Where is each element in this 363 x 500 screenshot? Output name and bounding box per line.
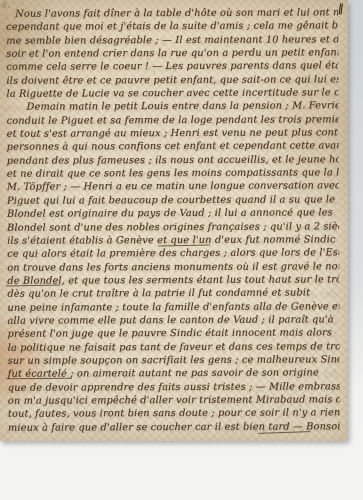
handwritten-text-block: Nous l'avons fait dîner à la table d'hôt…: [6, 6, 340, 435]
letter-line: M. Töpffer ; — Henri a eu ce matin une l…: [7, 180, 339, 195]
letter-line: tout, fautes, vous iront bien sans doute…: [8, 407, 340, 422]
letter-line: comme cela serre le coeur ! — Les pauvre…: [6, 60, 338, 75]
letter-paper: 6. ‖ Nous l'avons fait dîner à la table …: [0, 0, 348, 441]
letter-line: la politique ne faisait pas tant de fave…: [8, 340, 340, 355]
letter-line: présent l'on juge que le pauvre Sindic é…: [7, 327, 339, 342]
letter-line: cependant que moi et j'étais de la suite…: [6, 20, 338, 35]
letter-line: personnes à qui nous confions cet enfant…: [7, 140, 339, 155]
letter-line: une peine infamante ; toute la famille d…: [7, 300, 339, 315]
letter-line: Demain matin le petit Louis entre dans l…: [6, 100, 338, 115]
letter-line: Blondel sont d'une des nobles origines f…: [7, 220, 339, 235]
letter-line: dès qu'on le crut traître à la patrie il…: [7, 286, 339, 301]
letter-line: Blondel est originaire du pays de Vaud ;…: [7, 206, 339, 221]
letter-line: que de devoir apprendre des faits aussi …: [8, 380, 340, 395]
scanned-letter-page: { "document": { "kind": "handwritten-let…: [0, 0, 363, 500]
letter-line: fut écartelé ; on aimerait autant ne pas…: [8, 367, 340, 382]
letter-line: on trouve dans les forts anciens monumen…: [7, 260, 339, 275]
letter-line: ce qui alors était la première des charg…: [7, 246, 339, 261]
